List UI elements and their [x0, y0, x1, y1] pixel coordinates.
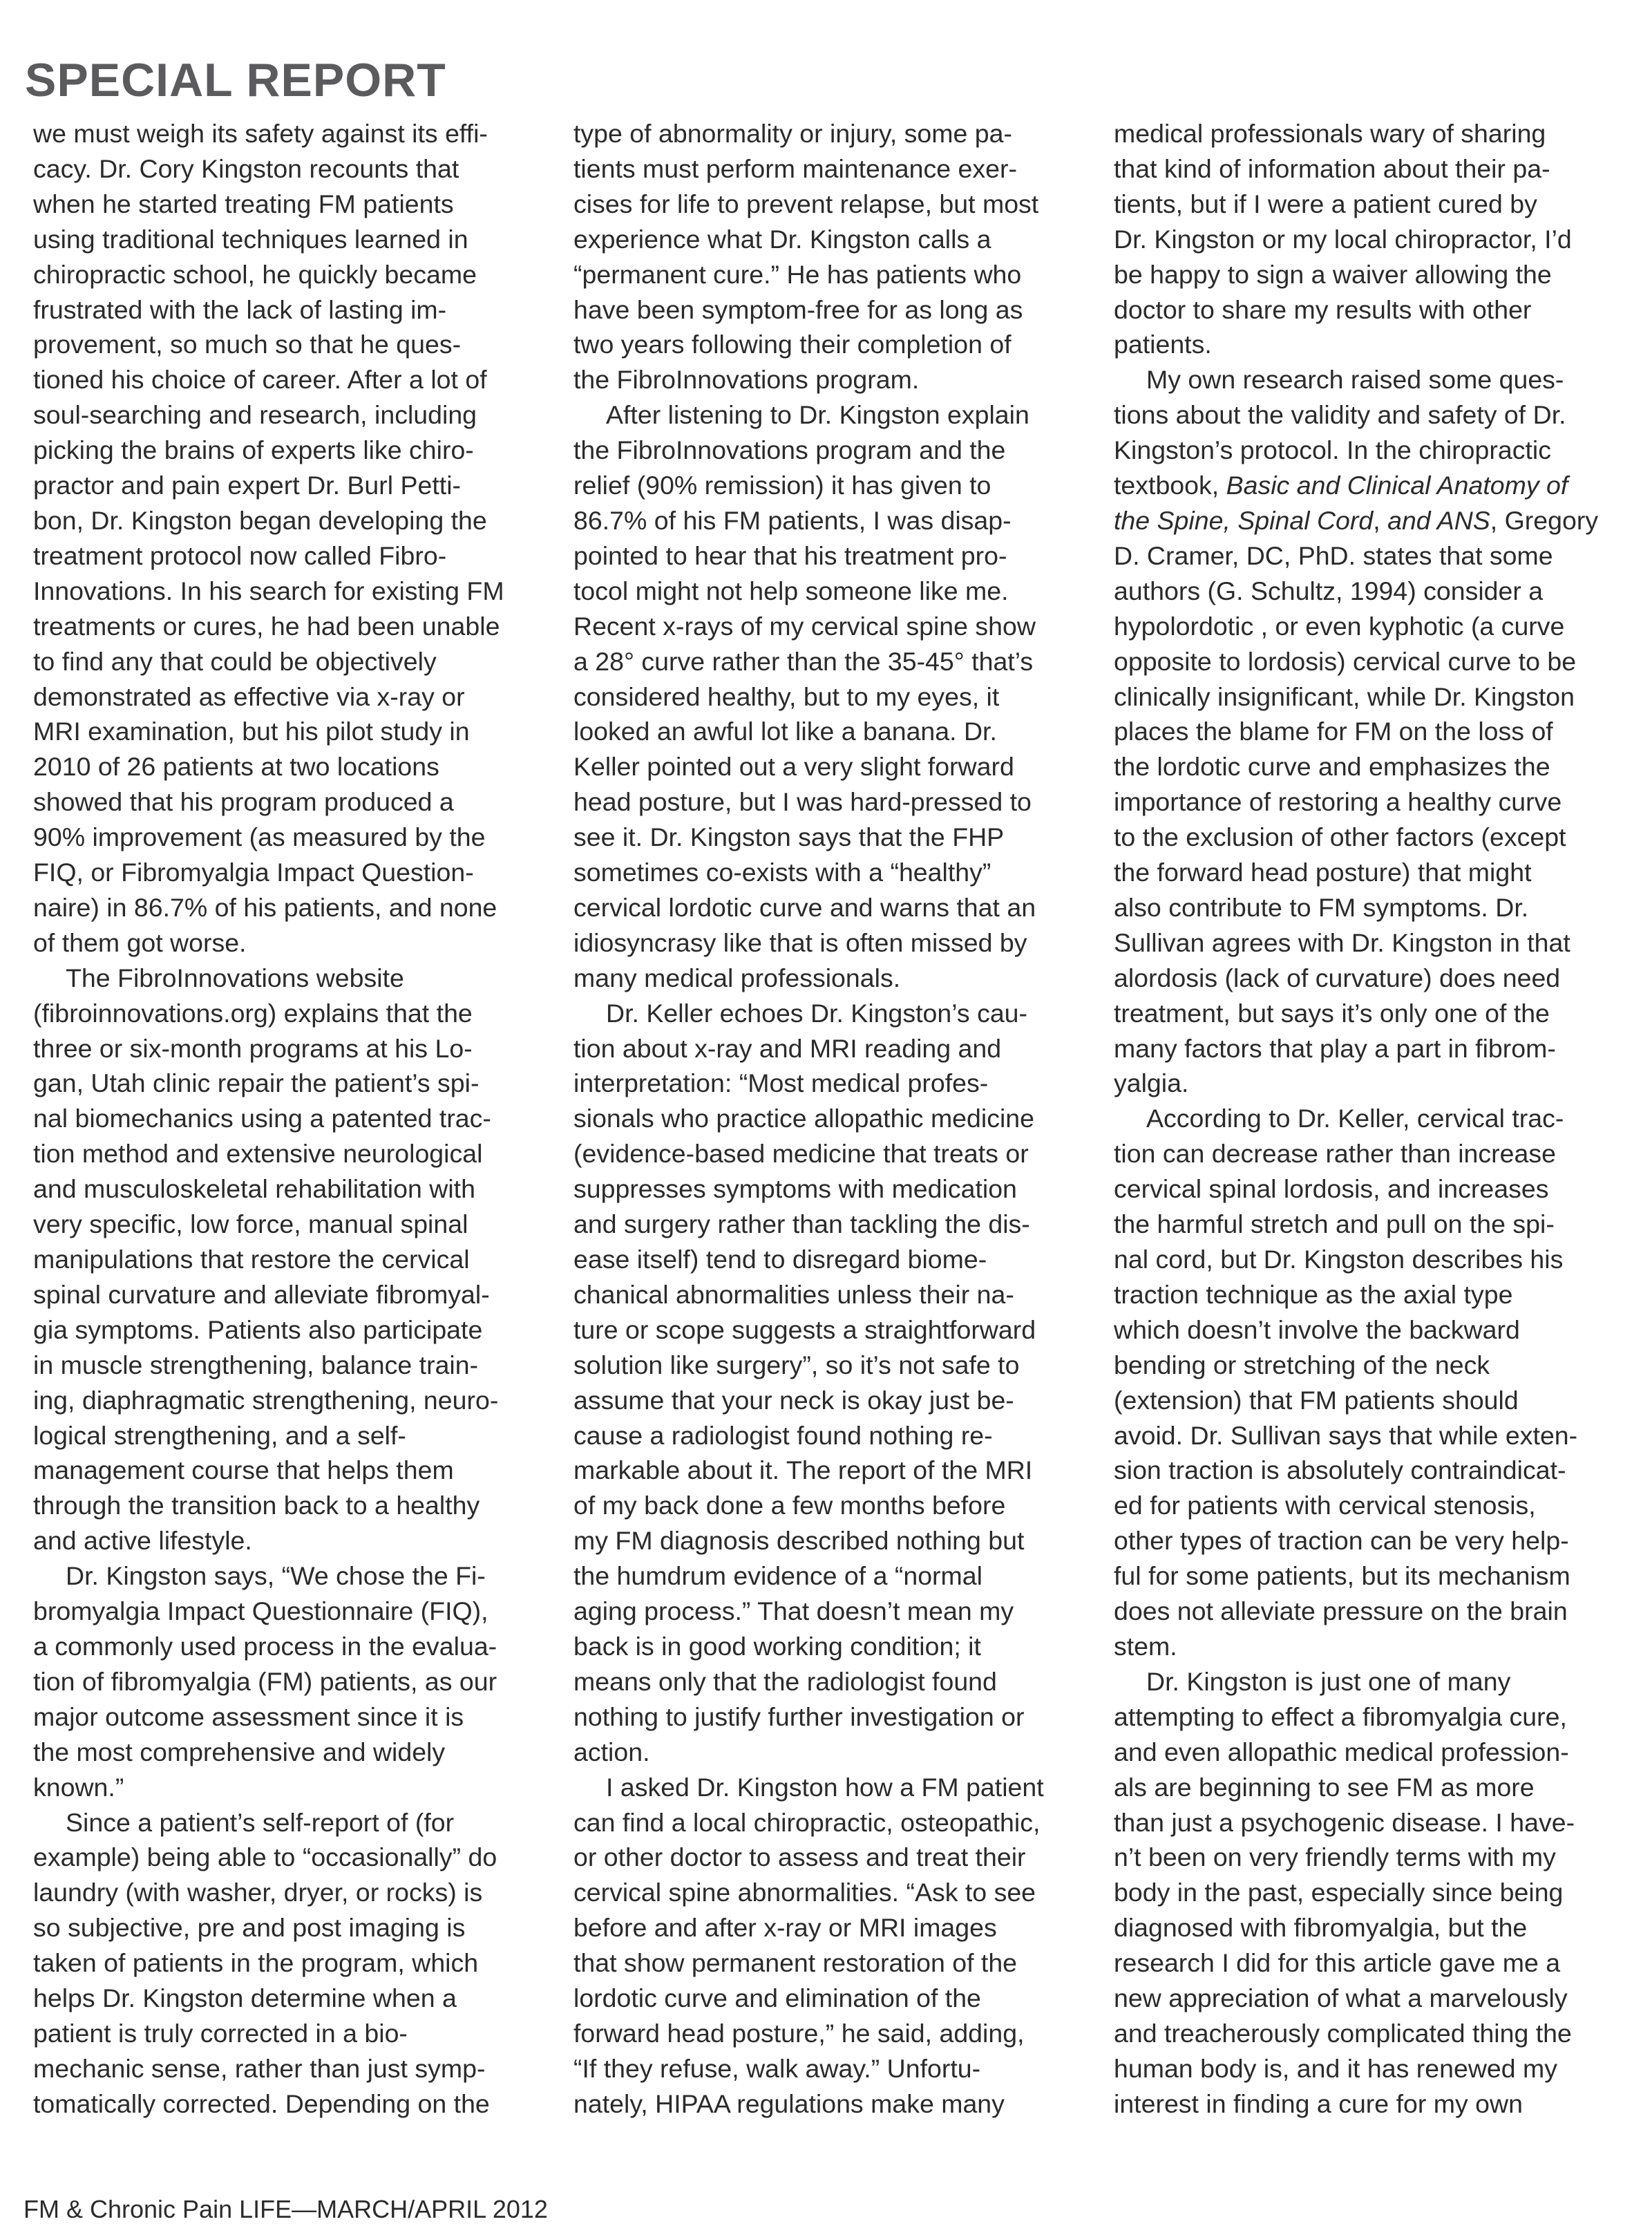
- text-line: my FM diagnosis described nothing but: [573, 1523, 1085, 1558]
- text-line: Since a patient’s self-report of (for: [33, 1805, 544, 1840]
- text-line: The FibroInnovations website: [33, 961, 544, 996]
- text-line: lordotic curve and elimination of the: [573, 1981, 1085, 2016]
- text-line: aging process.” That doesn’t mean my: [573, 1594, 1085, 1629]
- text-line: diagnosed with fibromyalgia, but the: [1114, 1910, 1625, 1945]
- text-line: the FibroInnovations program.: [573, 362, 1085, 397]
- text-line: traction technique as the axial type: [1114, 1277, 1625, 1312]
- text-line: we must weigh its safety against its eff…: [33, 116, 544, 151]
- text-line: D. Cramer, DC, PhD. states that some: [1114, 538, 1625, 574]
- text-line: cause a radiologist found nothing re-: [573, 1418, 1085, 1453]
- section-title: SPECIAL REPORT: [25, 57, 446, 104]
- text-line: be happy to sign a waiver allowing the: [1114, 257, 1625, 292]
- text-line: many medical professionals.: [573, 961, 1085, 996]
- text-line: using traditional techniques learned in: [33, 222, 544, 257]
- text-line: interpretation: “Most medical profes-: [573, 1066, 1085, 1101]
- text-line: soul-searching and research, including: [33, 397, 544, 433]
- text-line: two years following their completion of: [573, 327, 1085, 362]
- text-line: authors (G. Schultz, 1994) consider a: [1114, 574, 1625, 609]
- text-line: patient is truly corrected in a bio-: [33, 2016, 544, 2051]
- text-line: or other doctor to assess and treat thei…: [573, 1840, 1085, 1875]
- text-line: a 28° curve rather than the 35-45° that’…: [573, 644, 1085, 679]
- text-line: markable about it. The report of the MRI: [573, 1453, 1085, 1488]
- text-line: n’t been on very friendly terms with my: [1114, 1840, 1625, 1875]
- text-line: and even allopathic medical profession-: [1114, 1735, 1625, 1770]
- text-line: MRI examination, but his pilot study in: [33, 714, 544, 749]
- text-line: chiropractic school, he quickly became: [33, 257, 544, 292]
- text-line: gia symptoms. Patients also participate: [33, 1312, 544, 1348]
- text-line: in muscle strengthening, balance train-: [33, 1348, 544, 1383]
- text-line: tions about the validity and safety of D…: [1114, 397, 1625, 433]
- text-line: and musculoskeletal rehabilitation with: [33, 1171, 544, 1207]
- text-line: head posture, but I was hard-pressed to: [573, 784, 1085, 820]
- text-fragment: textbook,: [1114, 471, 1226, 500]
- text-line: action.: [573, 1735, 1085, 1770]
- text-line: of my back done a few months before: [573, 1488, 1085, 1523]
- text-line: tocol might not help someone like me.: [573, 574, 1085, 609]
- text-line: tion method and extensive neurological: [33, 1136, 544, 1171]
- text-line: cervical spine abnormalities. “Ask to se…: [573, 1875, 1085, 1910]
- text-line: picking the brains of experts like chiro…: [33, 433, 544, 468]
- text-line: the Spine, Spinal Cord, and ANS, Gregory: [1114, 503, 1625, 538]
- text-line: avoid. Dr. Sullivan says that while exte…: [1114, 1418, 1625, 1453]
- text-line: Dr. Kingston says, “We chose the Fi-: [33, 1558, 544, 1594]
- text-line: so subjective, pre and post imaging is: [33, 1910, 544, 1945]
- text-line: FIQ, or Fibromyalgia Impact Question-: [33, 855, 544, 890]
- article-column-2: type of abnormality or injury, some pa-t…: [573, 116, 1085, 2122]
- text-line: Kingston’s protocol. In the chiropractic: [1114, 433, 1625, 468]
- text-line: spinal curvature and alleviate fibromyal…: [33, 1277, 544, 1312]
- text-line: opposite to lordosis) cervical curve to …: [1114, 644, 1625, 679]
- text-line: Dr. Kingston or my local chiropractor, I…: [1114, 222, 1625, 257]
- text-line: solution like surgery”, so it’s not safe…: [573, 1348, 1085, 1383]
- text-line: ful for some patients, but its mechanism: [1114, 1558, 1625, 1594]
- text-line: 2010 of 26 patients at two locations: [33, 749, 544, 784]
- text-fragment: ,: [1373, 506, 1387, 535]
- text-line: see it. Dr. Kingston says that the FHP: [573, 820, 1085, 855]
- text-line: pointed to hear that his treatment pro-: [573, 538, 1085, 574]
- text-line: textbook, Basic and Clinical Anatomy of: [1114, 468, 1625, 503]
- text-line: research I did for this article gave me …: [1114, 1945, 1625, 1981]
- text-line: tients, but if I were a patient cured by: [1114, 187, 1625, 222]
- text-line: the humdrum evidence of a “normal: [573, 1558, 1085, 1594]
- text-line: bending or stretching of the neck: [1114, 1348, 1625, 1383]
- text-line: stem.: [1114, 1629, 1625, 1664]
- book-title-italic: the Spine, Spinal Cord: [1114, 506, 1373, 535]
- text-line: hypolordotic , or even kyphotic (a curve: [1114, 609, 1625, 644]
- text-line: According to Dr. Keller, cervical trac-: [1114, 1101, 1625, 1136]
- text-line: through the transition back to a healthy: [33, 1488, 544, 1523]
- text-line: major outcome assessment since it is: [33, 1699, 544, 1735]
- text-line: laundry (with washer, dryer, or rocks) i…: [33, 1875, 544, 1910]
- text-line: showed that his program produced a: [33, 784, 544, 820]
- text-line: ing, diaphragmatic strengthening, neuro-: [33, 1383, 544, 1418]
- text-line: ease itself) tend to disregard biome-: [573, 1242, 1085, 1277]
- text-line: (extension) that FM patients should: [1114, 1383, 1625, 1418]
- article-column-3: medical professionals wary of sharingtha…: [1114, 116, 1625, 2122]
- text-line: Sullivan agrees with Dr. Kingston in tha…: [1114, 925, 1625, 961]
- text-line: the harmful stretch and pull on the spi-: [1114, 1207, 1625, 1242]
- text-line: taken of patients in the program, which: [33, 1945, 544, 1981]
- text-line: manipulations that restore the cervical: [33, 1242, 544, 1277]
- text-line: gan, Utah clinic repair the patient’s sp…: [33, 1066, 544, 1101]
- text-line: demonstrated as effective via x-ray or: [33, 679, 544, 715]
- article-column-1: we must weigh its safety against its eff…: [33, 116, 544, 2122]
- text-line: cacy. Dr. Cory Kingston recounts that: [33, 151, 544, 187]
- text-line: patients.: [1114, 327, 1625, 362]
- text-line: also contribute to FM symptoms. Dr.: [1114, 890, 1625, 925]
- text-line: and treacherously complicated thing the: [1114, 2016, 1625, 2051]
- text-line: example) being able to “occasionally” do: [33, 1840, 544, 1875]
- text-line: mechanic sense, rather than just symp-: [33, 2051, 544, 2086]
- text-line: very specific, low force, manual spinal: [33, 1207, 544, 1242]
- text-line: logical strengthening, and a self-: [33, 1418, 544, 1453]
- text-line: cises for life to prevent relapse, but m…: [573, 187, 1085, 222]
- text-line: places the blame for FM on the loss of: [1114, 714, 1625, 749]
- page-footer: FM & Chronic Pain LIFE—MARCH/APRIL 2012: [23, 2195, 548, 2224]
- text-line: doctor to share my results with other: [1114, 292, 1625, 328]
- text-line: Recent x-rays of my cervical spine show: [573, 609, 1085, 644]
- text-line: “permanent cure.” He has patients who: [573, 257, 1085, 292]
- text-fragment: , Gregory: [1490, 506, 1598, 535]
- text-line: tion about x-ray and MRI reading and: [573, 1031, 1085, 1066]
- text-line: Innovations. In his search for existing …: [33, 574, 544, 609]
- text-line: My own research raised some ques-: [1114, 362, 1625, 397]
- text-line: of them got worse.: [33, 925, 544, 961]
- text-line: 90% improvement (as measured by the: [33, 820, 544, 855]
- text-line: sometimes co-exists with a “healthy”: [573, 855, 1085, 890]
- text-line: clinically insignificant, while Dr. King…: [1114, 679, 1625, 715]
- text-line: (evidence-based medicine that treats or: [573, 1136, 1085, 1171]
- text-line: als are beginning to see FM as more: [1114, 1770, 1625, 1805]
- text-line: Dr. Kingston is just one of many: [1114, 1664, 1625, 1699]
- text-line: After listening to Dr. Kingston explain: [573, 397, 1085, 433]
- text-line: known.”: [33, 1770, 544, 1805]
- text-line: cervical lordotic curve and warns that a…: [573, 890, 1085, 925]
- text-line: bon, Dr. Kingston began developing the: [33, 503, 544, 538]
- text-line: back is in good working condition; it: [573, 1629, 1085, 1664]
- text-line: which doesn’t involve the backward: [1114, 1312, 1625, 1348]
- text-line: assume that your neck is okay just be-: [573, 1383, 1085, 1418]
- text-line: nal biomechanics using a patented trac-: [33, 1101, 544, 1136]
- text-line: forward head posture,” he said, adding,: [573, 2016, 1085, 2051]
- text-line: the forward head posture) that might: [1114, 855, 1625, 890]
- text-line: importance of restoring a healthy curve: [1114, 784, 1625, 820]
- text-line: before and after x-ray or MRI images: [573, 1910, 1085, 1945]
- text-line: many factors that play a part in fibrom-: [1114, 1031, 1625, 1066]
- text-line: body in the past, especially since being: [1114, 1875, 1625, 1910]
- text-line: yalgia.: [1114, 1066, 1625, 1101]
- text-line: idiosyncrasy like that is often missed b…: [573, 925, 1085, 961]
- text-line: type of abnormality or injury, some pa-: [573, 116, 1085, 151]
- text-line: “If they refuse, walk away.” Unfortu-: [573, 2051, 1085, 2086]
- text-line: ture or scope suggests a straightforward: [573, 1312, 1085, 1348]
- text-line: Dr. Keller echoes Dr. Kingston’s cau-: [573, 996, 1085, 1031]
- text-line: cervical spinal lordosis, and increases: [1114, 1171, 1625, 1207]
- text-line: relief (90% remission) it has given to: [573, 468, 1085, 503]
- text-line: (fibroinnovations.org) explains that the: [33, 996, 544, 1031]
- text-line: treatments or cures, he had been unable: [33, 609, 544, 644]
- text-line: and active lifestyle.: [33, 1523, 544, 1558]
- text-line: 86.7% of his FM patients, I was disap-: [573, 503, 1085, 538]
- text-line: new appreciation of what a marvelously: [1114, 1981, 1625, 2016]
- text-line: attempting to effect a fibromyalgia cure…: [1114, 1699, 1625, 1735]
- text-line: and surgery rather than tackling the dis…: [573, 1207, 1085, 1242]
- text-line: tioned his choice of career. After a lot…: [33, 362, 544, 397]
- text-line: medical professionals wary of sharing: [1114, 116, 1625, 151]
- text-line: I asked Dr. Kingston how a FM patient: [573, 1770, 1085, 1805]
- text-line: nately, HIPAA regulations make many: [573, 2086, 1085, 2122]
- text-line: the most comprehensive and widely: [33, 1735, 544, 1770]
- text-line: nal cord, but Dr. Kingston describes his: [1114, 1242, 1625, 1277]
- text-line: provement, so much so that he ques-: [33, 327, 544, 362]
- text-line: naire) in 86.7% of his patients, and non…: [33, 890, 544, 925]
- text-line: other types of traction can be very help…: [1114, 1523, 1625, 1558]
- text-line: treatment, but says it’s only one of the: [1114, 996, 1625, 1031]
- text-line: that kind of information about their pa-: [1114, 151, 1625, 187]
- text-line: practor and pain expert Dr. Burl Petti-: [33, 468, 544, 503]
- text-line: nothing to justify further investigation…: [573, 1699, 1085, 1735]
- text-line: sionals who practice allopathic medicine: [573, 1101, 1085, 1136]
- text-line: frustrated with the lack of lasting im-: [33, 292, 544, 328]
- text-line: the lordotic curve and emphasizes the: [1114, 749, 1625, 784]
- text-line: three or six-month programs at his Lo-: [33, 1031, 544, 1066]
- text-line: than just a psychogenic disease. I have-: [1114, 1805, 1625, 1840]
- text-line: helps Dr. Kingston determine when a: [33, 1981, 544, 2016]
- text-line: treatment protocol now called Fibro-: [33, 538, 544, 574]
- text-line: suppresses symptoms with medication: [573, 1171, 1085, 1207]
- text-line: does not alleviate pressure on the brain: [1114, 1594, 1625, 1629]
- text-line: Keller pointed out a very slight forward: [573, 749, 1085, 784]
- text-line: tients must perform maintenance exer-: [573, 151, 1085, 187]
- text-line: sion traction is absolutely contraindica…: [1114, 1453, 1625, 1488]
- text-line: can find a local chiropractic, osteopath…: [573, 1805, 1085, 1840]
- book-title-italic: and ANS: [1387, 506, 1490, 535]
- text-line: bromyalgia Impact Questionnaire (FIQ),: [33, 1594, 544, 1629]
- text-line: when he started treating FM patients: [33, 187, 544, 222]
- text-line: to find any that could be objectively: [33, 644, 544, 679]
- text-line: tion can decrease rather than increase: [1114, 1136, 1625, 1171]
- text-line: to the exclusion of other factors (excep…: [1114, 820, 1625, 855]
- text-line: the FibroInnovations program and the: [573, 433, 1085, 468]
- text-line: considered healthy, but to my eyes, it: [573, 679, 1085, 715]
- text-line: looked an awful lot like a banana. Dr.: [573, 714, 1085, 749]
- text-line: that show permanent restoration of the: [573, 1945, 1085, 1981]
- text-line: means only that the radiologist found: [573, 1664, 1085, 1699]
- text-line: human body is, and it has renewed my: [1114, 2051, 1625, 2086]
- text-line: interest in finding a cure for my own: [1114, 2086, 1625, 2122]
- text-line: chanical abnormalities unless their na-: [573, 1277, 1085, 1312]
- book-title-italic: Basic and Clinical Anatomy of: [1226, 471, 1568, 500]
- text-line: have been symptom-free for as long as: [573, 292, 1085, 328]
- text-line: tion of fibromyalgia (FM) patients, as o…: [33, 1664, 544, 1699]
- text-line: ed for patients with cervical stenosis,: [1114, 1488, 1625, 1523]
- text-line: management course that helps them: [33, 1453, 544, 1488]
- text-line: experience what Dr. Kingston calls a: [573, 222, 1085, 257]
- text-line: a commonly used process in the evalua-: [33, 1629, 544, 1664]
- text-line: tomatically corrected. Depending on the: [33, 2086, 544, 2122]
- text-line: alordosis (lack of curvature) does need: [1114, 961, 1625, 996]
